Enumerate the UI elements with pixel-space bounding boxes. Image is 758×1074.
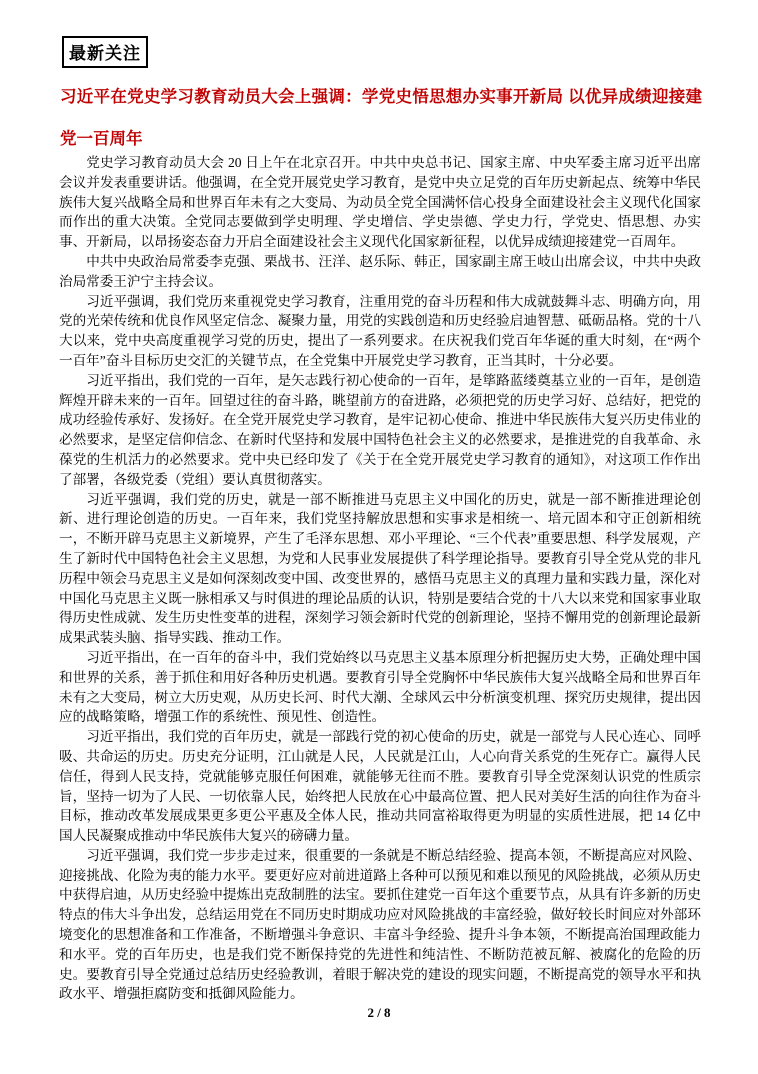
paragraph: 党史学习教育动员大会 20 日上午在北京召开。中共中央总书记、国家主席、中央军委… — [59, 153, 701, 252]
article-title: 习近平在党史学习教育动员大会上强调：学党史悟思想办实事开新局 以优异成绩迎接建党… — [60, 76, 702, 160]
section-badge: 最新关注 — [62, 36, 148, 68]
document-page: 最新关注 习近平在党史学习教育动员大会上强调：学党史悟思想办实事开新局 以优异成… — [0, 0, 758, 1074]
paragraph: 中共中央政治局常委李克强、栗战书、汪洋、赵乐际、韩正，国家副主席王岐山出席会议，… — [59, 252, 701, 292]
article-body: 党史学习教育动员大会 20 日上午在北京召开。中共中央总书记、国家主席、中央军委… — [59, 153, 701, 1004]
paragraph: 习近平强调，我们党的历史，就是一部不断推进马克思主义中国化的历史，就是一部不断推… — [59, 490, 701, 648]
paragraph: 习近平指出，我们党的百年历史，就是一部践行党的初心使命的历史，就是一部党与人民心… — [59, 727, 701, 846]
paragraph: 习近平指出，我们党的一百年，是矢志践行初心使命的一百年，是筚路蓝缕奠基立业的一百… — [59, 371, 701, 490]
page-number: 2 / 8 — [0, 1005, 758, 1021]
paragraph: 习近平指出，在一百年的奋斗中，我们党始终以马克思主义基本原理分析把握历史大势，正… — [59, 648, 701, 727]
paragraph: 习近平强调，我们党历来重视党史学习教育，注重用党的奋斗历程和伟大成就鼓舞斗志、明… — [59, 292, 701, 371]
paragraph: 习近平强调，我们党一步步走过来，很重要的一条就是不断总结经验、提高本领，不断提高… — [59, 846, 701, 1004]
